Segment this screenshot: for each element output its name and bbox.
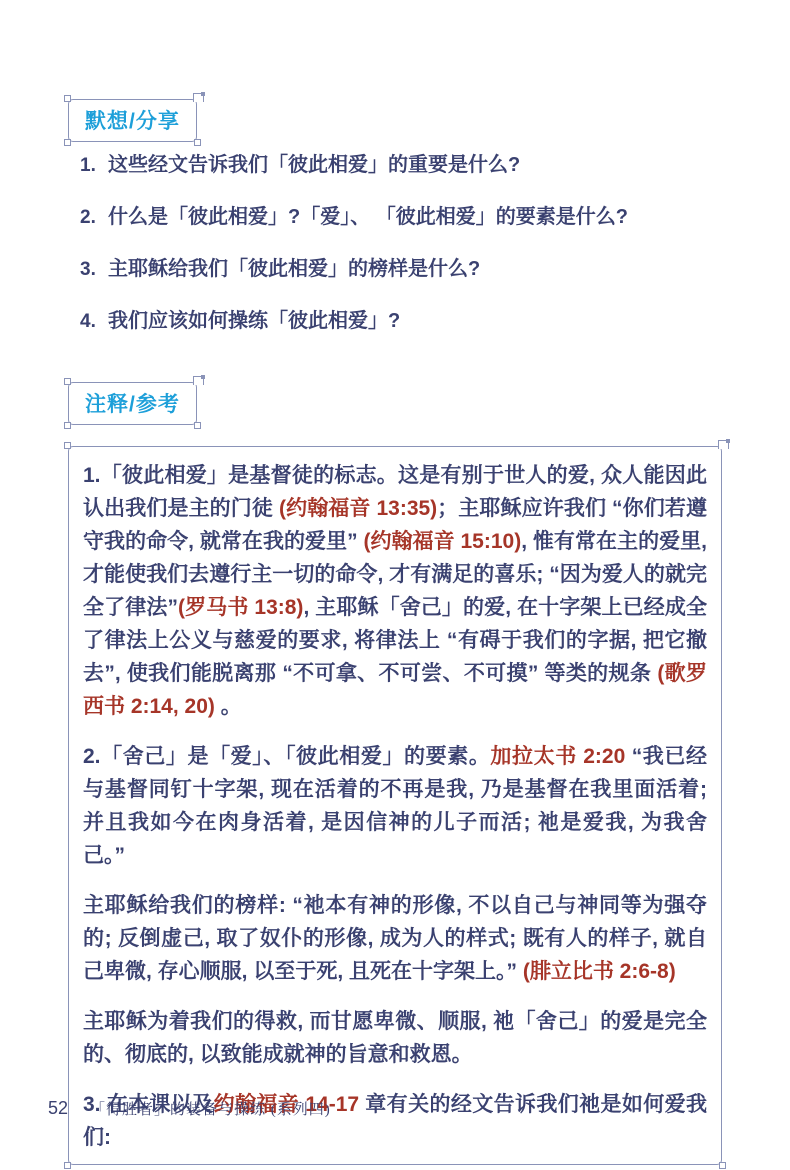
frame-corner-icon [64,139,71,146]
page-footer: 52 「得胜者」的装备与操练 (系列四) [48,1098,331,1119]
book-title: 「得胜者」的装备与操练 (系列四) [90,1098,331,1119]
question-number: 3. [80,254,108,285]
scripture-reference: 加拉太书 2:20 [490,745,625,768]
question-item: 2.什么是「彼此相爱」?「爱」、 「彼此相爱」的要素是什么? [80,202,720,233]
section-header-meditation: 默想/分享 [68,99,197,142]
question-item: 3.主耶稣给我们「彼此相爱」的榜样是什么? [80,254,720,285]
scripture-reference: (腓立比书 2:6-8) [523,960,676,983]
note-paragraph: 2.「舍己」是「爱」、「彼此相爱」的要素。加拉太书 2:20 “我已经与基督同钉… [83,740,707,872]
question-text: 我们应该如何操练「彼此相爱」? [108,306,720,337]
scripture-reference: (约翰福音 15:10) [363,530,521,553]
question-number: 1. [80,150,108,181]
notes-box: 1.「彼此相爱」是基督徒的标志。这是有别于世人的爱, 众人能因此认出我们是主的门… [68,446,722,1165]
question-item: 1.这些经文告诉我们「彼此相爱」的重要是什么? [80,150,720,181]
note-paragraph: 主耶稣为着我们的得救, 而甘愿卑微、顺服, 祂「舍己」的爱是完全的、彻底的, 以… [83,1005,707,1071]
note-text: 。 [215,695,242,718]
note-text: 2.「舍己」是「爱」、「彼此相爱」的要素。 [83,745,490,768]
section-header-notes: 注释/参考 [68,382,197,425]
note-paragraph: 主耶稣给我们的榜样: “祂本有神的形像, 不以自己与神同等为强夺的; 反倒虚己,… [83,889,707,988]
frame-corner-icon [64,1162,71,1169]
section-title: 默想/分享 [85,110,180,133]
question-number: 4. [80,306,108,337]
note-paragraph: 1.「彼此相爱」是基督徒的标志。这是有别于世人的爱, 众人能因此认出我们是主的门… [83,459,707,723]
question-number: 2. [80,202,108,233]
note-text: 主耶稣为着我们的得救, 而甘愿卑微、顺服, 祂「舍己」的爱是完全的、彻底的, 以… [83,1010,707,1066]
question-list: 1.这些经文告诉我们「彼此相爱」的重要是什么?2.什么是「彼此相爱」?「爱」、 … [80,150,720,358]
scripture-reference: (约翰福音 13:35) [279,497,437,520]
frame-corner-icon [719,1162,726,1169]
frame-corner-icon [64,442,71,449]
notes-content: 1.「彼此相爱」是基督徒的标志。这是有别于世人的爱, 众人能因此认出我们是主的门… [83,459,707,1154]
question-text: 这些经文告诉我们「彼此相爱」的重要是什么? [108,150,720,181]
question-text: 什么是「彼此相爱」?「爱」、 「彼此相爱」的要素是什么? [108,202,720,233]
frame-corner-icon [193,93,204,102]
frame-corner-icon [718,440,729,449]
frame-corner-icon [193,376,204,385]
frame-corner-icon [64,422,71,429]
question-text: 主耶稣给我们「彼此相爱」的榜样是什么? [108,254,720,285]
document-page: 默想/分享 1.这些经文告诉我们「彼此相爱」的重要是什么?2.什么是「彼此相爱」… [0,0,790,1170]
scripture-reference: (罗马书 13:8) [178,596,303,619]
frame-corner-icon [64,95,71,102]
frame-corner-icon [64,378,71,385]
section-title: 注释/参考 [85,393,180,416]
frame-corner-icon [194,422,201,429]
question-item: 4.我们应该如何操练「彼此相爱」? [80,306,720,337]
page-number: 52 [48,1098,68,1119]
frame-corner-icon [194,139,201,146]
